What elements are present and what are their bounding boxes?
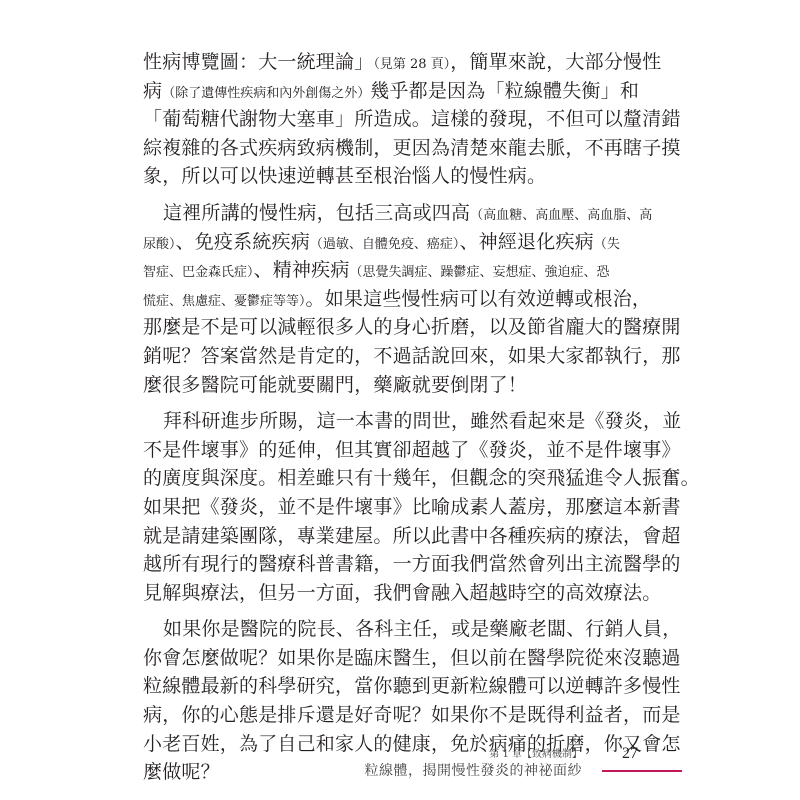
footer-accent-rule [602, 770, 682, 772]
parenthetical-note: 尿酸） [143, 237, 176, 252]
book-page: 性病博覽圖：大一統理論」（見第 28 頁），簡單來說，大部分慢性病（除了遺傳性疾… [0, 0, 800, 800]
parenthetical-note: （思覺失調症、躁鬱症、妄想症、強迫症、恐 [350, 265, 610, 280]
text-line: 那麼是不是可以減輕很多人的身心折磨，以及節省龐大的醫療開 [143, 313, 663, 342]
text-line: 小老百姓，為了自己和家人的健康，免於病痛的折磨，你又會怎 [143, 730, 663, 759]
text-run: 「葡萄糖代謝物大塞車」所造成。這樣的發現，不但可以釐清錯 [143, 108, 681, 130]
text-run: 如果你是醫院的院長、各科主任，或是藥廠老闆、行銷人員， [163, 618, 681, 640]
text-run: 、免疫系統疾病 [176, 231, 310, 253]
parenthetical-note: （失 [594, 237, 620, 252]
text-run: 粒線體最新的科學研究，當你聽到更新粒線體可以逆轉許多慢性 [143, 675, 681, 697]
text-run: 拜科研進步所賜，這一本書的問世，雖然看起來是《發炎，並 [163, 410, 681, 432]
text-line: 智症、巴金森氏症）、精神疾病（思覺失調症、躁鬱症、妄想症、強迫症、恐 [143, 256, 663, 285]
text-run: ，簡單來說，大部分慢性 [450, 51, 661, 73]
paragraph: 拜科研進步所賜，這一本書的問世，雖然看起來是《發炎，並不是件壞事》的延伸，但其實… [143, 407, 663, 607]
text-line: 慌症、焦慮症、憂鬱症等等）。如果這些慢性病可以有效逆轉或根治， [143, 285, 663, 314]
chapter-subtitle: 粒線體，揭開慢性發炎的神祕面紗 [365, 760, 583, 780]
text-run: 那麼是不是可以減輕很多人的身心折磨，以及節省龐大的醫療開 [143, 316, 681, 338]
text-run: 、精神疾病 [254, 259, 350, 281]
text-line: 粒線體最新的科學研究，當你聽到更新粒線體可以逆轉許多慢性 [143, 672, 663, 701]
text-run: 病 [143, 80, 162, 102]
text-line: 拜科研進步所賜，這一本書的問世，雖然看起來是《發炎，並 [143, 407, 663, 436]
text-line: 病，你的心態是排斥還是好奇呢？如果你不是既得利益者，而是 [143, 701, 663, 730]
parenthetical-note: 智症、巴金森氏症） [143, 265, 254, 280]
text-line: 「葡萄糖代謝物大塞車」所造成。這樣的發現，不但可以釐清錯 [143, 105, 663, 134]
text-run: 的廣度與深度。相差雖只有十幾年，但觀念的突飛猛進令人振奮。 [143, 467, 700, 489]
text-run: 越所有現行的醫療科普書籍，一方面我們當然會列出主流醫學的 [143, 553, 681, 575]
text-run: 性病博覽圖：大一統理論」 [143, 51, 373, 73]
text-line: 這裡所講的慢性病，包括三高或四高（高血糖、高血壓、高血脂、高 [143, 199, 663, 228]
text-run: 麼很多醫院可能就要關門，藥廠就要倒閉了！ [143, 374, 527, 396]
text-line: 你會怎麼做呢？如果你是臨床醫生，但以前在醫學院從來沒聽過 [143, 644, 663, 673]
text-run: 麼做呢？ [143, 761, 220, 783]
text-line: 象，所以可以快速逆轉甚至根治惱人的慢性病。 [143, 162, 663, 191]
text-line: 見解與療法，但另一方面，我們會融入超越時空的高效療法。 [143, 579, 663, 608]
text-line: 病（除了遺傳性疾病和內外創傷之外）幾乎都是因為「粒線體失衡」和 [143, 77, 663, 106]
paragraph-gap [143, 191, 663, 199]
text-run: 不是件壞事》的延伸，但其實卻超越了《發炎，並不是件壞事》 [143, 439, 681, 461]
text-run: 銷呢？答案當然是肯定的，不過話說回來，如果大家都執行，那 [143, 345, 681, 367]
text-run: 綜複雜的各式疾病致病機制，更因為清楚來龍去脈，不再瞎子摸 [143, 137, 681, 159]
text-run: 就是請建築團隊，專業建屋。所以此書中各種疾病的療法，會超 [143, 525, 681, 547]
text-line: 尿酸）、免疫系統疾病（過敏、自體免疫、癌症）、神經退化疾病（失 [143, 228, 663, 257]
page-number: 27 [622, 745, 638, 763]
text-run: 。如果這些慢性病可以有效逆轉或根治， [306, 288, 652, 310]
parenthetical-note: 慌症、焦慮症、憂鬱症等等） [143, 294, 306, 309]
parenthetical-note: （過敏、自體免疫、癌症） [310, 237, 460, 252]
parenthetical-note: （高血糖、高血壓、高血脂、高 [470, 208, 652, 223]
chapter-label: 第 1 章【致病機制】 [489, 745, 582, 760]
text-run: 這裡所講的慢性病，包括三高或四高 [163, 202, 470, 224]
text-run: 見解與療法，但另一方面，我們會融入超越時空的高效療法。 [143, 582, 661, 604]
paragraph-gap [143, 399, 663, 407]
text-run: 象，所以可以快速逆轉甚至根治惱人的慢性病。 [143, 165, 546, 187]
text-run: 、神經退化疾病 [459, 231, 593, 253]
paragraph: 性病博覽圖：大一統理論」（見第 28 頁），簡單來說，大部分慢性病（除了遺傳性疾… [143, 48, 663, 191]
text-line: 麼很多醫院可能就要關門，藥廠就要倒閉了！ [143, 371, 663, 400]
text-line: 如果你是醫院的院長、各科主任，或是藥廠老闆、行銷人員， [143, 615, 663, 644]
text-run: 小老百姓，為了自己和家人的健康，免於病痛的折磨，你又會怎 [143, 733, 681, 755]
paragraph-gap [143, 607, 663, 615]
text-run: 你會怎麼做呢？如果你是臨床醫生，但以前在醫學院從來沒聽過 [143, 647, 681, 669]
parenthetical-note: （見第 28 頁） [373, 57, 450, 72]
text-line: 就是請建築團隊，專業建屋。所以此書中各種疾病的療法，會超 [143, 522, 663, 551]
text-line: 銷呢？答案當然是肯定的，不過話說回來，如果大家都執行，那 [143, 342, 663, 371]
text-line: 性病博覽圖：大一統理論」（見第 28 頁），簡單來說，大部分慢性 [143, 48, 663, 77]
parenthetical-note: （除了遺傳性疾病和內外創傷之外） [162, 86, 370, 101]
paragraph: 這裡所講的慢性病，包括三高或四高（高血糖、高血壓、高血脂、高尿酸）、免疫系統疾病… [143, 199, 663, 399]
body-text: 性病博覽圖：大一統理論」（見第 28 頁），簡單來說，大部分慢性病（除了遺傳性疾… [143, 48, 663, 787]
text-run: 如果把《發炎，並不是件壞事》比喻成素人蓋房，那麼這本新書 [143, 496, 681, 518]
text-line: 綜複雜的各式疾病致病機制，更因為清楚來龍去脈，不再瞎子摸 [143, 134, 663, 163]
text-line: 越所有現行的醫療科普書籍，一方面我們當然會列出主流醫學的 [143, 550, 663, 579]
text-line: 不是件壞事》的延伸，但其實卻超越了《發炎，並不是件壞事》 [143, 436, 663, 465]
text-line: 的廣度與深度。相差雖只有十幾年，但觀念的突飛猛進令人振奮。 [143, 464, 663, 493]
text-run: 幾乎都是因為「粒線體失衡」和 [370, 80, 639, 102]
text-line: 如果把《發炎，並不是件壞事》比喻成素人蓋房，那麼這本新書 [143, 493, 663, 522]
text-run: 病，你的心態是排斥還是好奇呢？如果你不是既得利益者，而是 [143, 704, 681, 726]
